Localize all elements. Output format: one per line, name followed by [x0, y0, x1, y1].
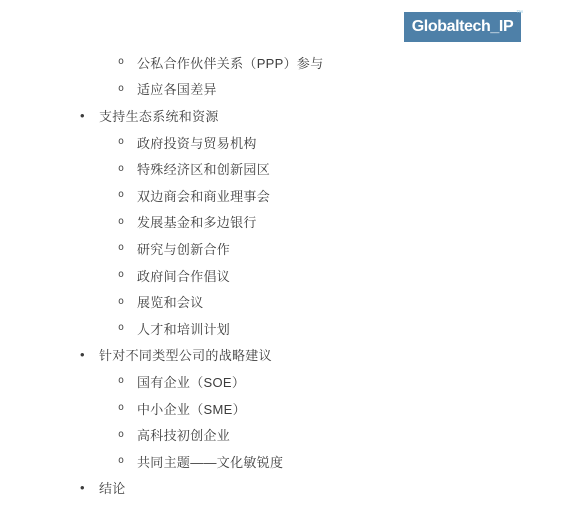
- list-item-text: 政府间合作倡议: [137, 266, 230, 285]
- list-item-text: 结论: [99, 478, 126, 497]
- list-item: o发展基金和多边银行: [0, 209, 562, 236]
- bullet-disc-icon: •: [80, 481, 99, 494]
- list-item: o中小企业（SME）: [0, 395, 562, 422]
- bullet-circle-icon: o: [118, 137, 137, 147]
- list-item-text: 中小企业（SME）: [137, 399, 246, 418]
- list-item: •结论: [0, 475, 562, 502]
- bullet-circle-icon: o: [118, 323, 137, 333]
- list-item-text: 特殊经济区和创新园区: [137, 159, 270, 178]
- bullet-circle-icon: o: [118, 190, 137, 200]
- list-item-text: 共同主题——文化敏锐度: [137, 452, 283, 471]
- list-item: o高科技初创企业: [0, 421, 562, 448]
- list-item-text: 针对不同类型公司的战略建议: [99, 345, 272, 364]
- bullet-circle-icon: o: [118, 164, 137, 174]
- bullet-circle-icon: o: [118, 376, 137, 386]
- list-item-text: 人才和培训计划: [137, 319, 230, 338]
- list-item-text: 公私合作伙伴关系（PPP）参与: [137, 53, 324, 72]
- trademark-icon: ™: [516, 10, 523, 17]
- list-item-text: 国有企业（SOE）: [137, 372, 245, 391]
- bullet-disc-icon: •: [80, 109, 99, 122]
- list-item: o研究与创新合作: [0, 235, 562, 262]
- list-item-text: 政府投资与贸易机构: [137, 133, 257, 152]
- list-item-text: 高科技初创企业: [137, 425, 230, 444]
- bullet-circle-icon: o: [118, 430, 137, 440]
- list-item: •针对不同类型公司的战略建议: [0, 342, 562, 369]
- list-item: o共同主题——文化敏锐度: [0, 448, 562, 475]
- bullet-circle-icon: o: [118, 243, 137, 253]
- bullet-circle-icon: o: [118, 403, 137, 413]
- list-item-text: 发展基金和多边银行: [137, 212, 257, 231]
- bullet-outline-list: o公私合作伙伴关系（PPP）参与o适应各国差异•支持生态系统和资源o政府投资与贸…: [0, 49, 562, 501]
- list-item: o展览和会议: [0, 288, 562, 315]
- bullet-circle-icon: o: [118, 57, 137, 67]
- list-item: o政府投资与贸易机构: [0, 129, 562, 156]
- document-page: { "page": { "background": "#ffffff", "te…: [0, 0, 562, 526]
- list-item-text: 支持生态系统和资源: [99, 106, 219, 125]
- logo-text: Globaltech_IP: [412, 18, 514, 36]
- bullet-circle-icon: o: [118, 84, 137, 94]
- list-item: o人才和培训计划: [0, 315, 562, 342]
- list-item: o双边商会和商业理事会: [0, 182, 562, 209]
- bullet-disc-icon: •: [80, 348, 99, 361]
- list-item-text: 双边商会和商业理事会: [137, 186, 270, 205]
- list-item-text: 适应各国差异: [137, 79, 217, 98]
- bullet-circle-icon: o: [118, 270, 137, 280]
- list-item-text: 研究与创新合作: [137, 239, 230, 258]
- list-item: o政府间合作倡议: [0, 262, 562, 289]
- bullet-circle-icon: o: [118, 217, 137, 227]
- bullet-circle-icon: o: [118, 456, 137, 466]
- list-item-text: 展览和会议: [137, 292, 204, 311]
- list-item: o国有企业（SOE）: [0, 368, 562, 395]
- bullet-circle-icon: o: [118, 297, 137, 307]
- globaltech-logo: Globaltech_IP ™: [404, 12, 521, 42]
- list-item: o特殊经济区和创新园区: [0, 155, 562, 182]
- list-item: o适应各国差异: [0, 76, 562, 103]
- list-item: •支持生态系统和资源: [0, 102, 562, 129]
- list-item: o公私合作伙伴关系（PPP）参与: [0, 49, 562, 76]
